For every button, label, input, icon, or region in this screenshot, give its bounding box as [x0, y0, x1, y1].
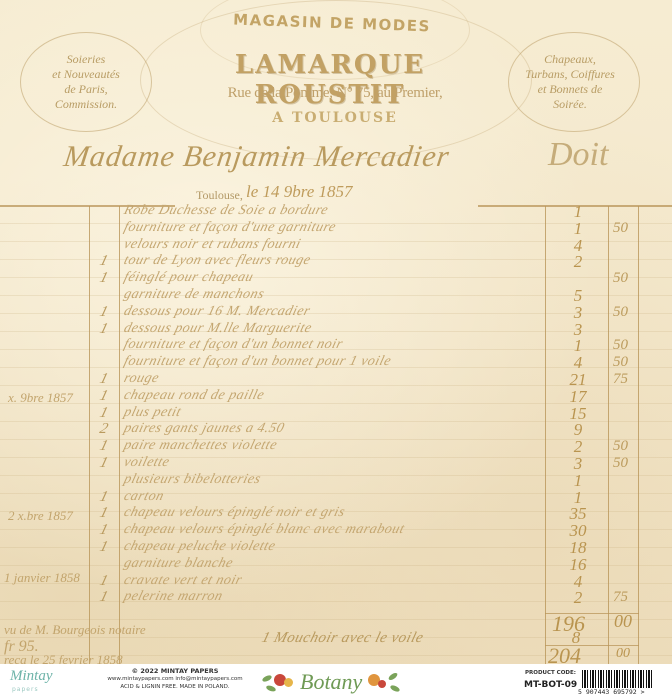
line-amount: 2	[558, 588, 598, 608]
column-divider	[119, 206, 120, 664]
product-code-label: PRODUCT CODE:	[525, 670, 576, 676]
left-note-line: et Nouveautés	[36, 67, 136, 82]
line-description: chapeau rond de paille	[122, 388, 266, 404]
line-description: fourniture et façon d'un bonnet pour 1 v…	[122, 354, 393, 370]
addressee: Madame Benjamin Mercadier	[62, 140, 452, 174]
line-description: chapeau velours épinglé blanc avec marab…	[122, 522, 406, 538]
total-amount: 204	[548, 643, 581, 664]
right-note-line: Soirée.	[520, 97, 620, 112]
right-note-line: Chapeaux,	[520, 52, 620, 67]
left-note-line: de Paris,	[36, 82, 136, 97]
margin-note: 2 x.bre 1857	[8, 508, 73, 524]
margin-note: reca le 25 fevrier 1858	[4, 652, 123, 664]
date-value: le 14 9bre 1857	[246, 182, 353, 202]
margin-note: vu de M. Bourgeois notaire	[4, 622, 146, 638]
line-description: plus petit	[122, 405, 183, 421]
line-description: dessous pour M.lle Marguerite	[122, 321, 314, 337]
line-cents: 50	[613, 304, 643, 321]
margin-note: x. 9bre 1857	[8, 390, 73, 406]
column-divider	[545, 206, 546, 664]
right-note-line: et Bonnets de	[520, 82, 620, 97]
line-description: féinglé pour chapeau	[122, 270, 255, 286]
line-cents: 75	[613, 371, 643, 388]
right-side-note: Chapeaux, Turbans, Coiffures et Bonnets …	[520, 52, 620, 112]
line-description: chapeau velours épinglé noir et gris	[122, 505, 347, 521]
line-cents: 50	[613, 354, 643, 371]
line-description: Robe Duchesse de Soie a bordure	[122, 203, 330, 219]
leaf-icon	[387, 672, 398, 682]
line-cents: 50	[613, 270, 643, 287]
leaf-icon	[265, 684, 276, 692]
leaf-icon	[261, 674, 272, 683]
line-description: cravate vert et noir	[122, 573, 244, 589]
shop-address: Rue de la Pomme, N° 75, au Premier,	[200, 85, 470, 102]
line-description: carton	[122, 489, 166, 505]
line-description: plusieurs bibelotteries	[122, 472, 263, 488]
line-cents: 50	[613, 337, 643, 354]
paper-note: ACID & LIGNIN FREE. MADE IN POLAND.	[105, 683, 245, 691]
barcode-number: 5 907443 695792 >	[578, 688, 645, 696]
line-description: garniture de manchons	[122, 287, 266, 303]
footer: Mintay papers © 2022 MINTAY PAPERS www.m…	[0, 664, 672, 700]
line-description: fourniture et façon d'une garniture	[122, 220, 338, 236]
line-description: tour de Lyon avec fleurs rouge	[122, 253, 313, 269]
product-code: MT-BOT-09	[524, 680, 577, 690]
right-note-line: Turbans, Coiffures	[520, 67, 620, 82]
collection-brand: Botany	[260, 666, 410, 698]
line-description: rouge	[122, 371, 161, 387]
line-cents: 50	[613, 220, 643, 237]
left-note-line: Soieries	[36, 52, 136, 67]
vintage-invoice-paper: MAGASIN DE MODES LAMARQUE ROUSTIT Rue de…	[0, 0, 672, 664]
left-side-note: Soieries et Nouveautés de Paris, Commiss…	[36, 52, 136, 112]
shop-city: A TOULOUSE	[250, 110, 420, 126]
copyright: © 2022 MINTAY PAPERS	[105, 667, 245, 675]
left-note-line: Commission.	[36, 97, 136, 112]
column-divider	[89, 206, 90, 664]
line-cents: 75	[613, 589, 643, 606]
line-description: paire manchettes violette	[122, 438, 279, 454]
mintay-logo-sub: papers	[12, 686, 39, 693]
extra-line-desc: 1 Mouchoir avec le voile	[260, 630, 426, 647]
mintay-logo: Mintay	[10, 668, 53, 685]
column-divider	[608, 206, 609, 664]
leaf-icon	[389, 684, 400, 693]
line-cents: 50	[613, 455, 643, 472]
flower-icon	[284, 678, 293, 687]
line-description: fourniture et façon d'un bonnet noir	[122, 337, 345, 353]
collection-name: Botany	[300, 669, 362, 695]
debit-label: Doit	[548, 136, 608, 174]
flower-icon	[378, 680, 386, 688]
line-description: dessous pour 16 M. Mercadier	[122, 304, 312, 320]
subtotal-cents: 00	[614, 611, 632, 632]
line-description: pelerine marron	[122, 589, 225, 605]
line-description: paires gants jaunes a 4.50	[122, 421, 286, 437]
line-description: voilette	[122, 455, 171, 471]
total-cents: 00	[616, 646, 630, 662]
copyright-block: © 2022 MINTAY PAPERS www.mintaypapers.co…	[105, 667, 245, 691]
line-description: chapeau peluche violette	[122, 539, 277, 555]
line-description: velours noir et rubans fourni	[122, 237, 303, 253]
date-label: Toulouse,	[196, 188, 243, 203]
barcode	[582, 670, 652, 688]
line-description: garniture blanche	[122, 556, 235, 572]
line-cents: 50	[613, 438, 643, 455]
margin-note: 1 janvier 1858	[4, 570, 80, 586]
contact: www.mintaypapers.com info@mintaypapers.c…	[105, 675, 245, 683]
line-amount: 2	[558, 252, 598, 272]
